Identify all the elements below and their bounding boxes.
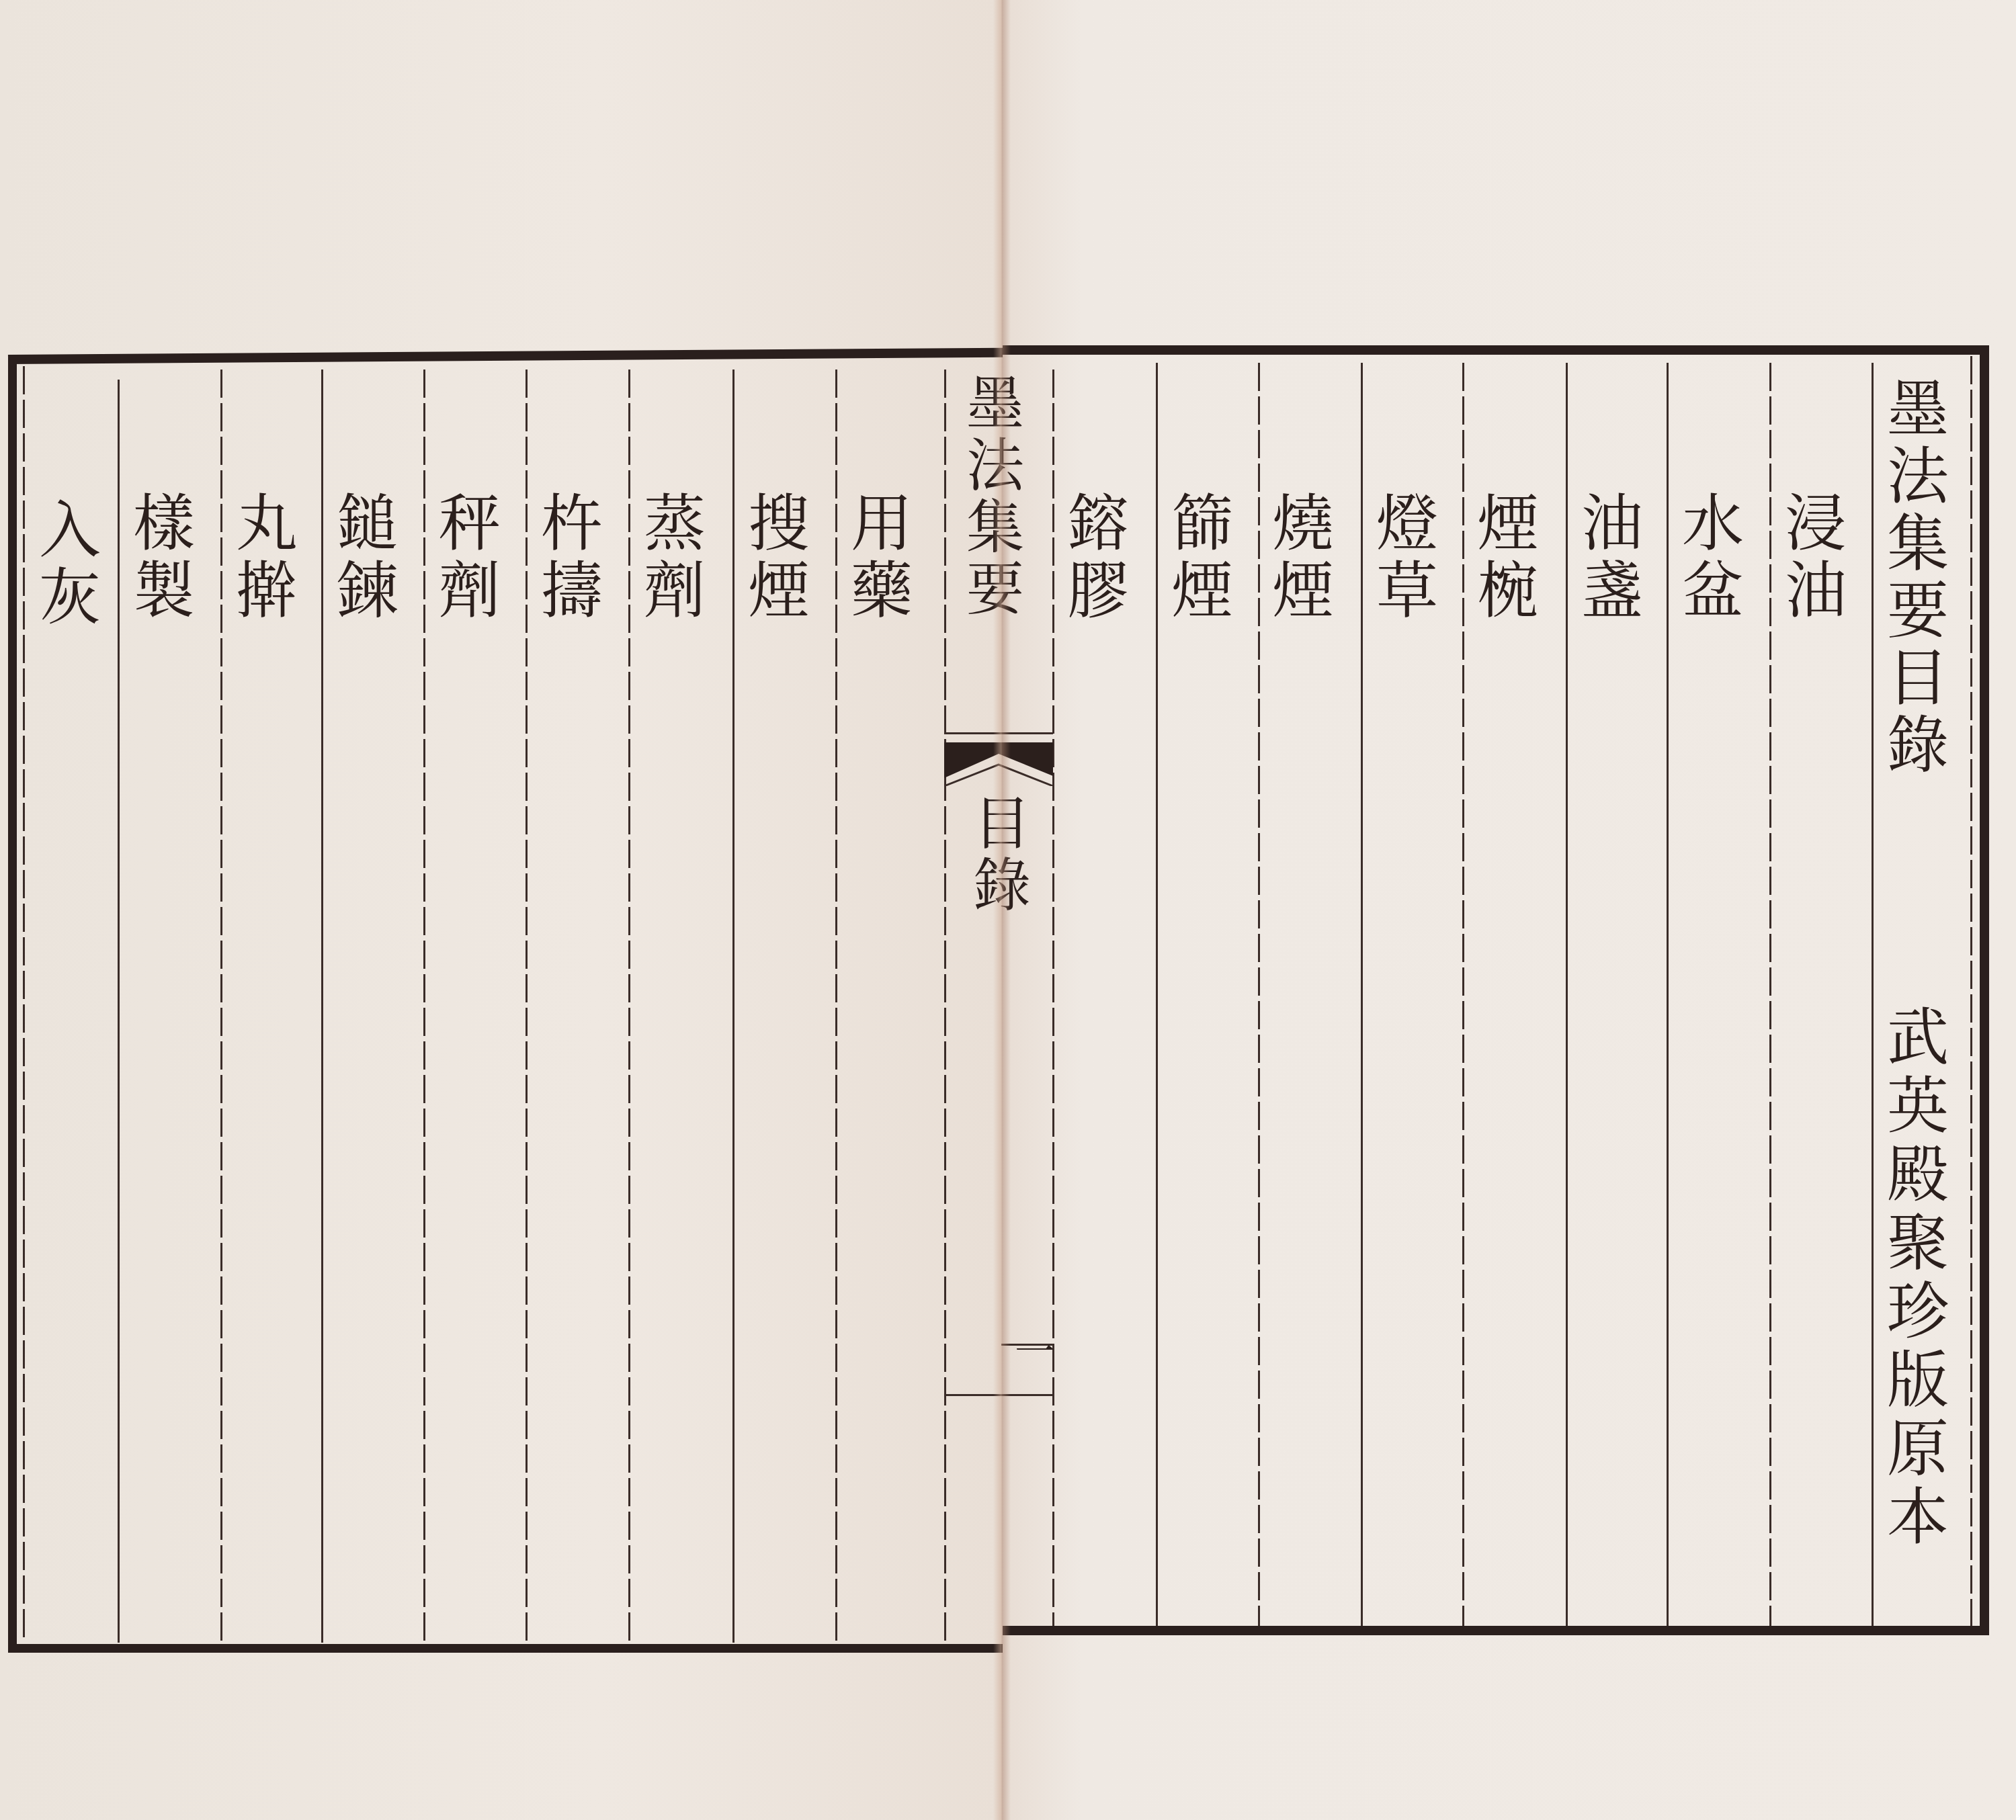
toc-entry: 油盞 bbox=[1576, 490, 1638, 625]
frame-bottom-left bbox=[8, 1644, 1003, 1653]
left-page bbox=[0, 0, 1001, 1820]
toc-entry: 搜煙 bbox=[743, 490, 804, 625]
column-rule bbox=[1462, 363, 1464, 1626]
toc-entry: 入灰 bbox=[34, 497, 95, 632]
inner-rule-left bbox=[23, 366, 25, 1643]
toc-entry: 煙椀 bbox=[1472, 490, 1534, 625]
column-rule bbox=[835, 370, 837, 1643]
frame-right bbox=[1980, 345, 1989, 1631]
column-rule bbox=[732, 370, 734, 1643]
center-block-right-rule bbox=[1052, 370, 1054, 1626]
column-rule bbox=[1872, 363, 1874, 1626]
toc-entry: 燈草 bbox=[1371, 490, 1433, 625]
toc-entry: 丸擀 bbox=[230, 490, 292, 625]
toc-entry: 秤劑 bbox=[433, 490, 495, 625]
toc-entry: 浸油 bbox=[1779, 490, 1841, 625]
toc-entry: 樣製 bbox=[128, 490, 190, 625]
column-rule bbox=[1667, 363, 1669, 1626]
toc-entry: 蒸劑 bbox=[638, 490, 700, 625]
toc-entry: 用藥 bbox=[845, 490, 907, 625]
frame-bottom-right bbox=[1003, 1626, 1989, 1635]
column-rule bbox=[1769, 363, 1771, 1626]
toc-entry: 水盆 bbox=[1677, 490, 1738, 625]
column-rule bbox=[321, 370, 323, 1643]
inner-rule-right bbox=[1970, 356, 1972, 1626]
column-rule bbox=[423, 370, 425, 1643]
toc-entry: 鎚鍊 bbox=[331, 490, 393, 625]
center-block-left-rule bbox=[944, 370, 946, 1643]
toc-header: 墨法集要目錄 bbox=[1882, 376, 1943, 779]
column-rule bbox=[526, 370, 528, 1643]
right-page bbox=[1001, 0, 2016, 1820]
toc-entry: 鎔膠 bbox=[1062, 490, 1124, 625]
page-number: 一 bbox=[1015, 1320, 1055, 1378]
column-rule bbox=[118, 380, 120, 1643]
column-rule bbox=[1156, 363, 1158, 1626]
frame-top-right bbox=[1003, 345, 1989, 355]
book-fold-gutter bbox=[993, 0, 1011, 1820]
toc-entry: 杵擣 bbox=[536, 490, 597, 625]
column-rule bbox=[1361, 363, 1363, 1626]
column-rule bbox=[1258, 363, 1260, 1626]
column-rule bbox=[1566, 363, 1568, 1626]
toc-entry: 燒煙 bbox=[1267, 490, 1329, 625]
publisher-note: 武英殿聚珍版原本 bbox=[1882, 1004, 1943, 1553]
column-rule bbox=[220, 370, 222, 1643]
frame-left bbox=[8, 359, 17, 1651]
column-rule bbox=[628, 370, 630, 1643]
toc-entry: 篩煙 bbox=[1166, 490, 1228, 625]
